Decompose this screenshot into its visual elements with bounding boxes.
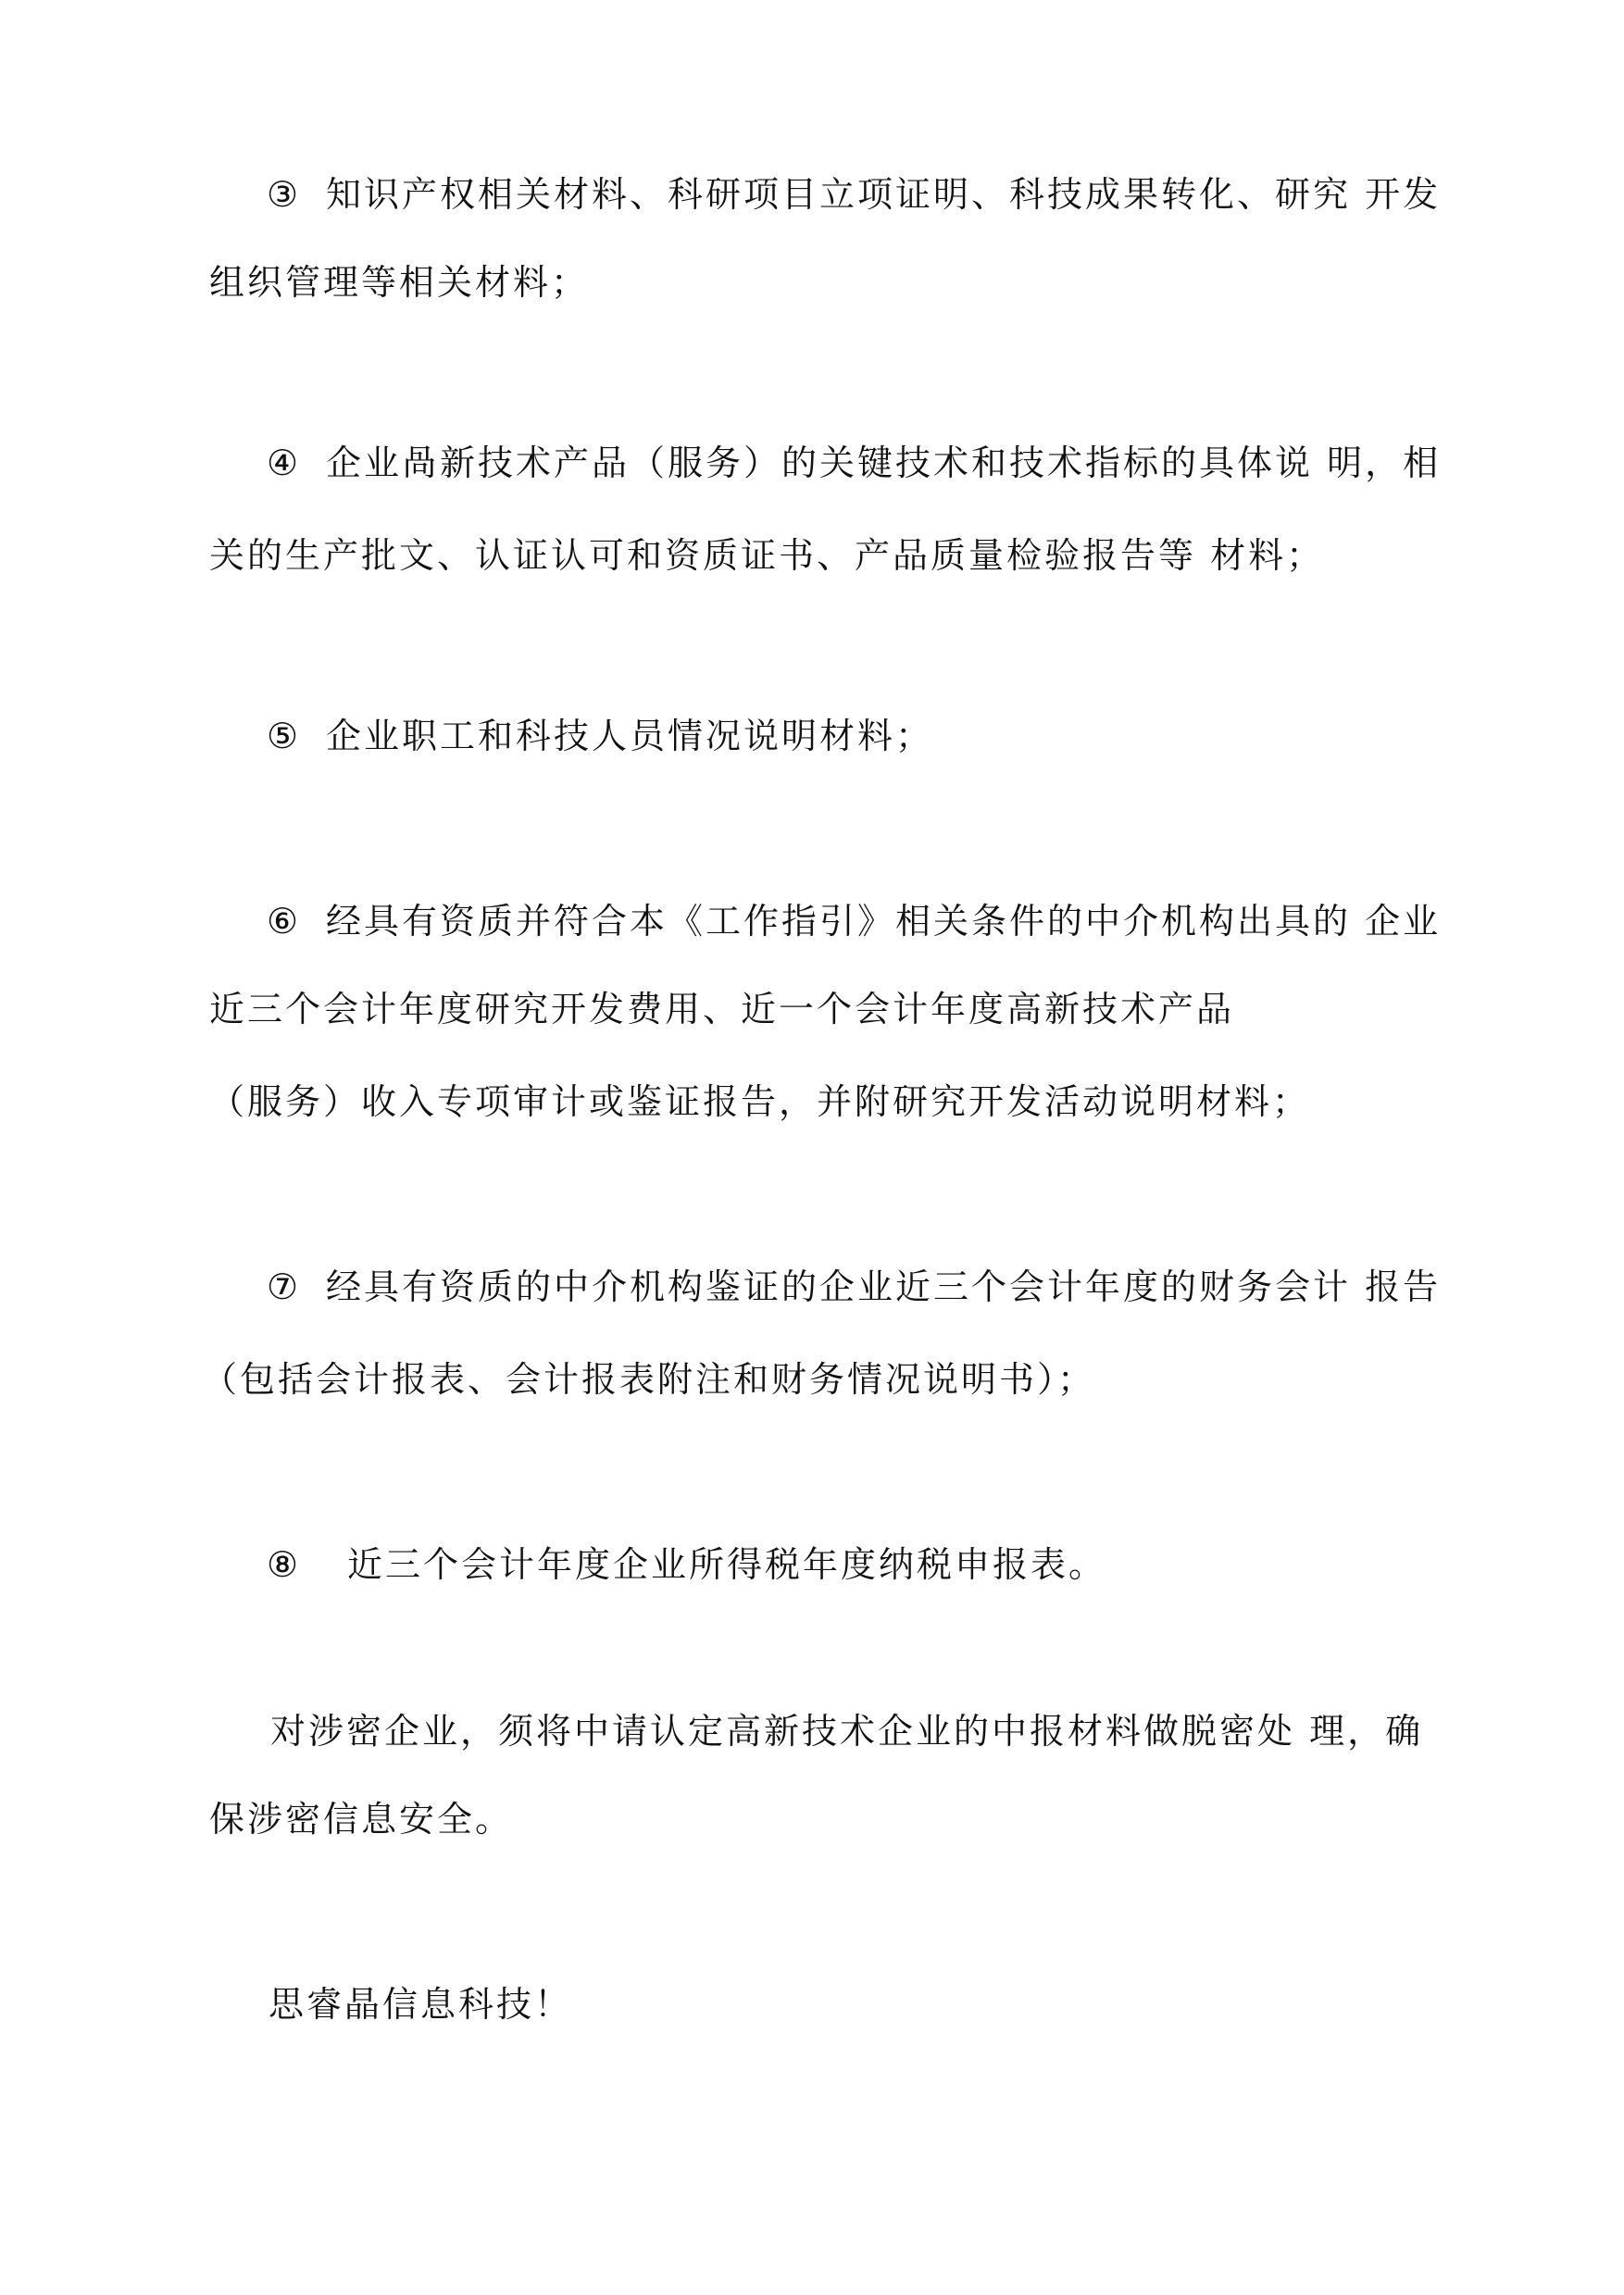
paragraph-6-line-1: ⑥经具有资质并符合本《工作指引》相关条件的中介机构出具的 企业 <box>267 901 1441 942</box>
paragraph-5-line-1: ⑤企业职工和科技人员情况说明材料； <box>267 716 933 756</box>
paragraph-4-line-1: ④企业咼新技术产品（服务）的关键技术和技术指标的具体说 明，相 <box>267 443 1441 483</box>
confidentiality-note-line-1: 对涉密企业，须将中请认定高新技术企业的中报材料做脱密处 理，确 <box>270 1711 1423 1752</box>
list-marker: ⑤ <box>267 716 326 756</box>
paragraph-6-line-3: （服务）收入专项审计或鉴证报告，并附研究开发活动说明材料； <box>209 1081 1310 1122</box>
paragraph-text: 企业咼新技术产品（服务）的关键技术和技术指标的具体说 明，相 <box>326 443 1441 483</box>
paragraph-text: 知识产权相关材料、科研项目立项证明、科技成果转化、研究 开发 <box>326 174 1441 215</box>
paragraph-8-line-1: ⑧近三个会计年度企业所得税年度纳税申报表。 <box>267 1544 1106 1585</box>
list-marker: ⑥ <box>267 901 326 942</box>
paragraph-4-line-2: 关的生产批文、认证认可和资质证书、产品质量检验报告等 材料； <box>209 535 1324 576</box>
list-marker: ⑧ <box>267 1544 347 1585</box>
paragraph-3-line-1: ③知识产权相关材料、科研项目立项证明、科技成果转化、研究 开发 <box>267 174 1441 215</box>
confidentiality-note-line-2: 保涉密信息安全。 <box>209 1799 513 1840</box>
signature-line: 思睿晶信息科技！ <box>269 1984 572 2025</box>
paragraph-text: 经具有资质的中介机构鉴证的企业近三个会计年度的财务会计 报告 <box>326 1266 1441 1307</box>
list-marker: ⑦ <box>267 1266 326 1307</box>
document-page: ③知识产权相关材料、科研项目立项证明、科技成果转化、研究 开发 组织管理等相关材… <box>0 0 1624 2295</box>
list-marker: ④ <box>267 443 326 483</box>
paragraph-text: 近三个会计年度企业所得税年度纳税申报表。 <box>347 1544 1106 1585</box>
paragraph-7-line-2: （包括会计报表、会计报表附注和财务情况说明书）； <box>202 1359 1095 1400</box>
paragraph-7-line-1: ⑦经具有资质的中介机构鉴证的企业近三个会计年度的财务会计 报告 <box>267 1266 1441 1307</box>
list-marker: ③ <box>267 174 326 215</box>
paragraph-6-line-2: 近三个会计年度研究开发费用、近一个会计年度高新技术产品 <box>209 989 1234 1029</box>
paragraph-3-line-2: 组织管理等相关材料； <box>209 262 589 303</box>
paragraph-text: 经具有资质并符合本《工作指引》相关条件的中介机构出具的 企业 <box>326 901 1441 942</box>
paragraph-text: 企业职工和科技人员情况说明材料； <box>326 716 933 756</box>
